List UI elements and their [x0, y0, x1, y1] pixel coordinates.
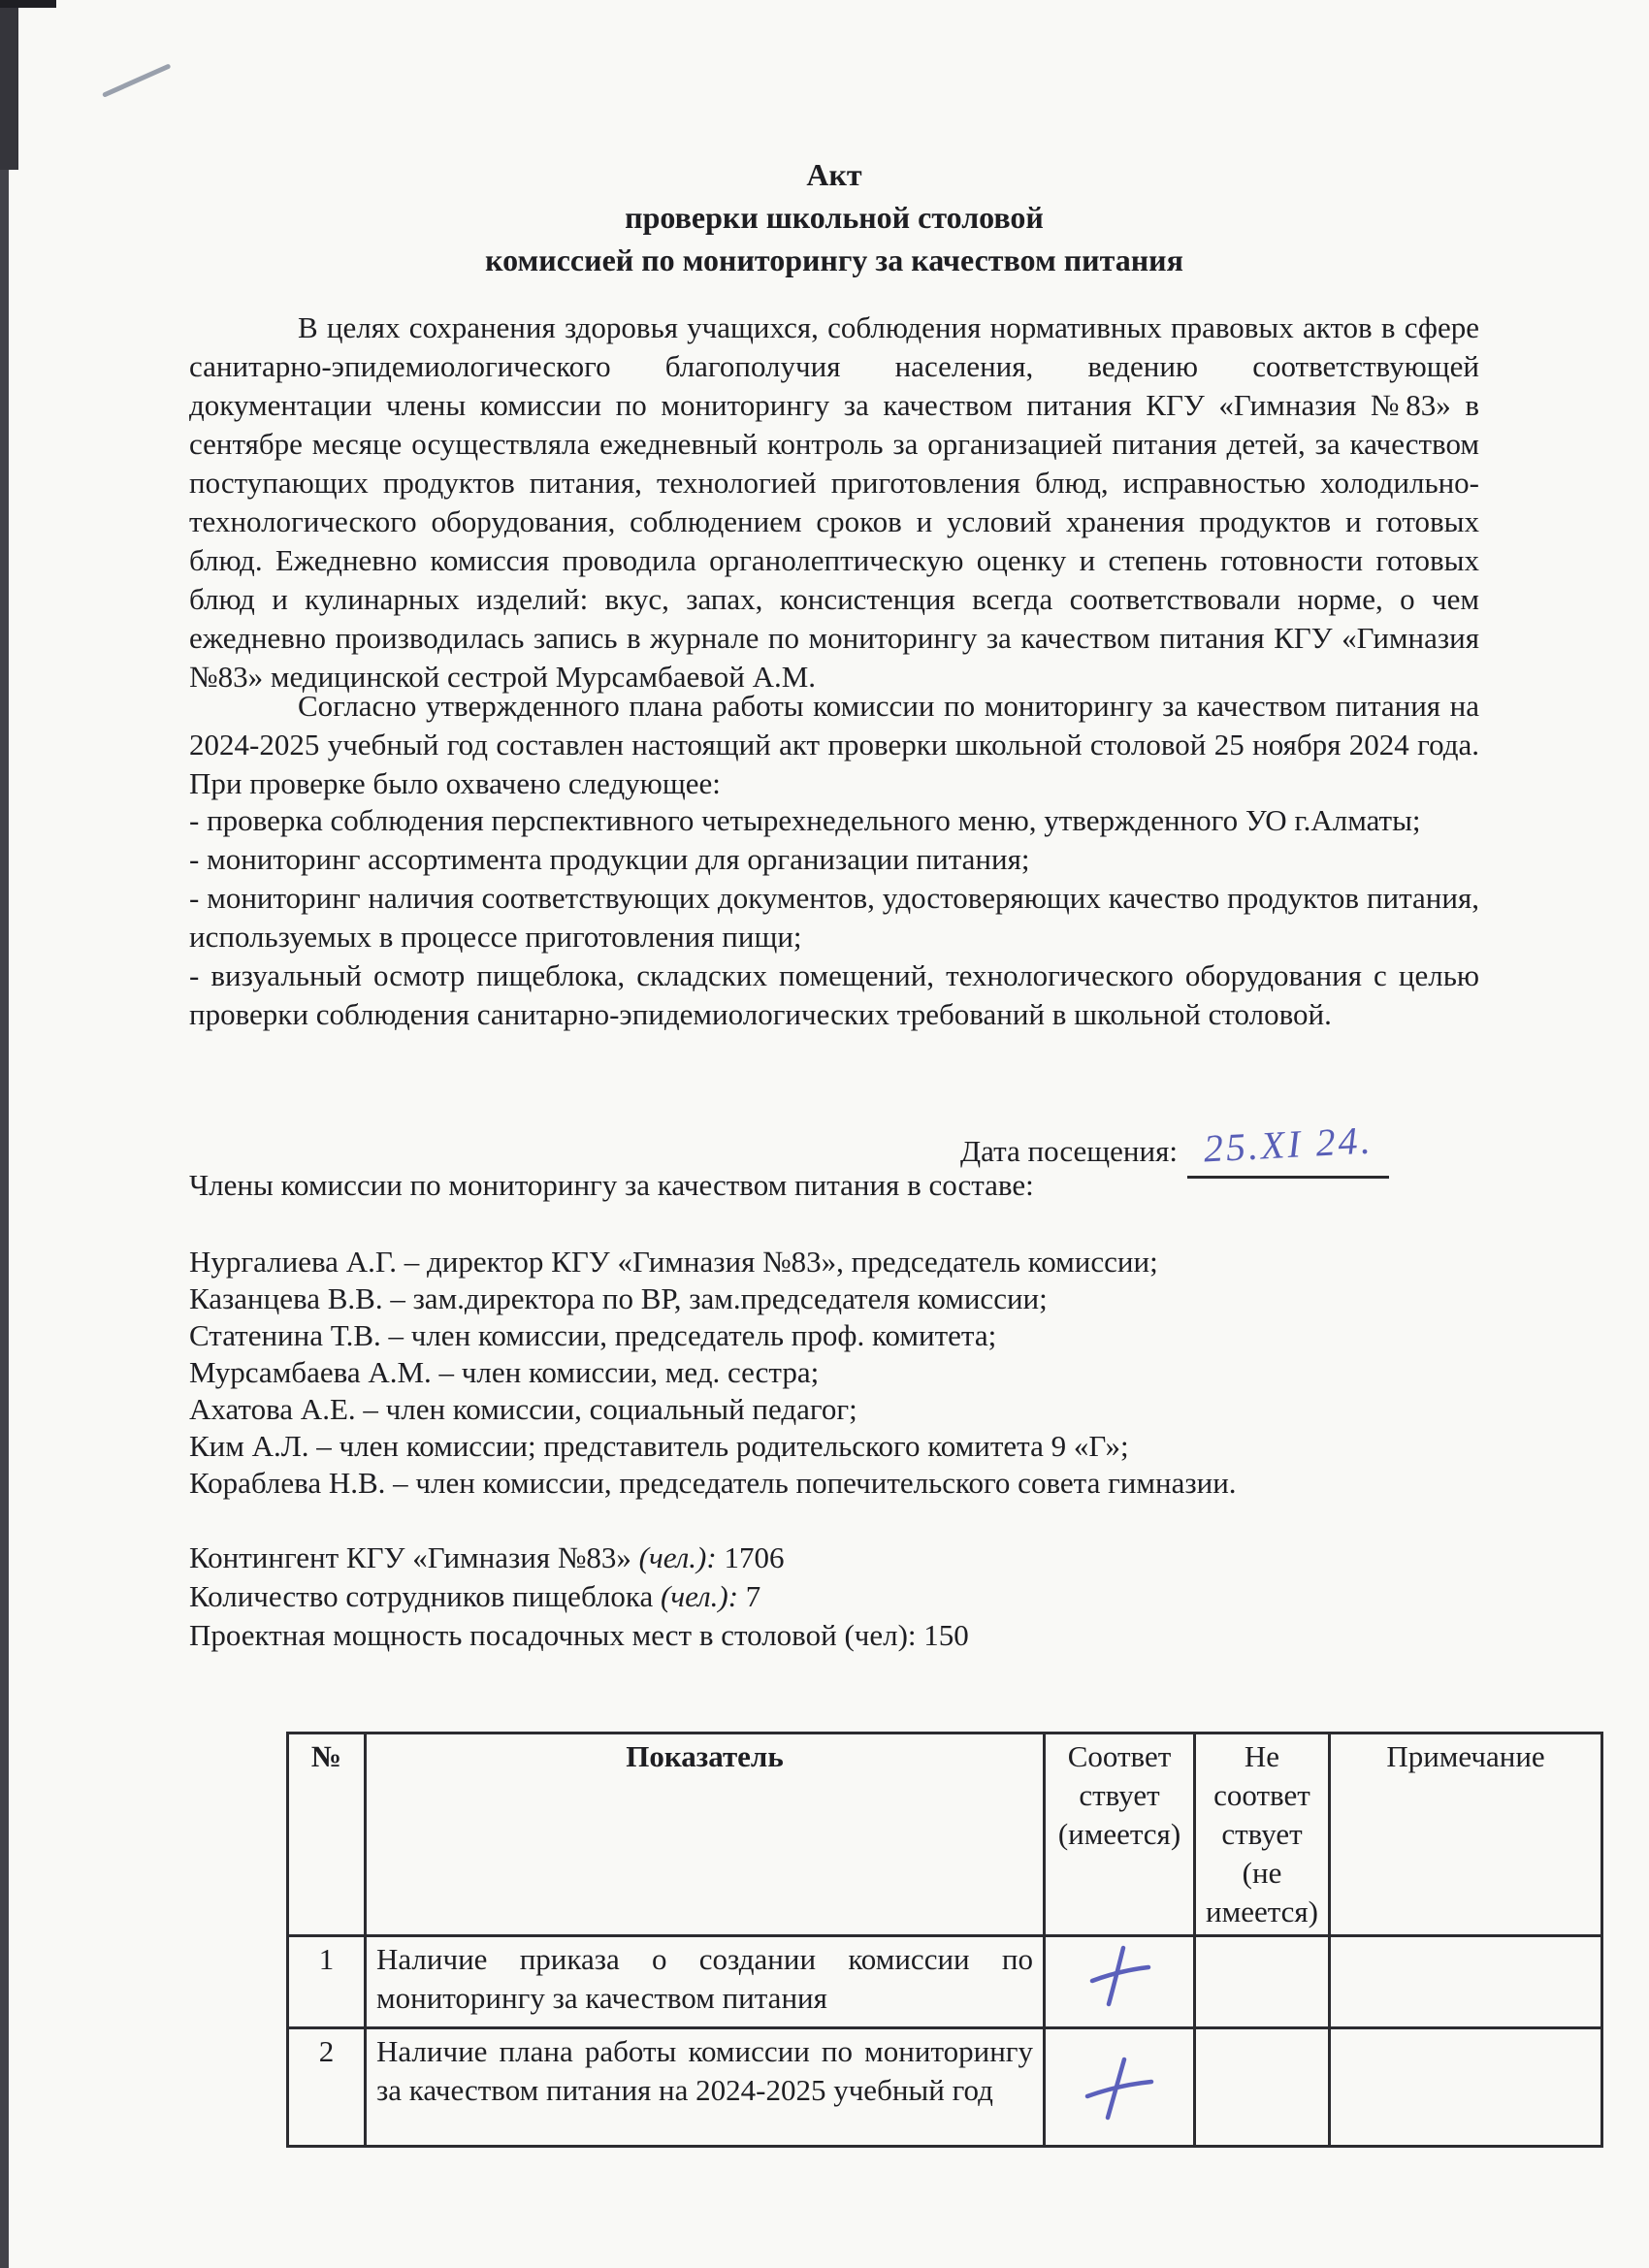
member-line: Статенина Т.В. – член комиссии, председа… — [189, 1317, 1479, 1354]
scope-item-assortment: - мониторинг ассортимента продукции для … — [189, 840, 1479, 879]
checklist-table: № Показатель Соответ ствует (имеется) Не… — [286, 1732, 1603, 2148]
stat-seats-value: 150 — [917, 1618, 969, 1652]
row-note-cell — [1330, 2028, 1602, 2147]
paragraph-inspection-basis: Согласно утвержденного плана работы коми… — [189, 687, 1479, 803]
row-number: 1 — [288, 1936, 366, 2028]
stat-staff-value: 7 — [738, 1579, 760, 1613]
header-number: № — [288, 1733, 366, 1936]
stat-staff-label: Количество сотрудников пищеблока — [189, 1579, 661, 1613]
table-row: 2 Наличие плана работы комиссии по монит… — [288, 2028, 1602, 2147]
handwritten-plus-mark — [1082, 2054, 1157, 2123]
stat-contingent-label: Контингент КГУ «Гимназия №83» — [189, 1540, 639, 1574]
header-not-conforms: Не соответ ствует (не имеется) — [1195, 1733, 1330, 1936]
stat-contingent-unit: (чел.): — [639, 1540, 717, 1574]
stat-staff-unit: (чел.): — [661, 1579, 738, 1613]
member-line: Нургалиева А.Г. – директор КГУ «Гимназия… — [189, 1244, 1479, 1280]
row-indicator: Наличие плана работы комиссии по монитор… — [366, 2028, 1045, 2147]
stat-seats-label: Проектная мощность посадочных мест в сто… — [189, 1618, 844, 1652]
scan-top-edge-artifact — [0, 0, 56, 8]
member-line: Ким А.Л. – член комиссии; представитель … — [189, 1428, 1479, 1465]
row-conforms-cell — [1045, 1936, 1195, 2028]
inspection-scope-list: - проверка соблюдения перспективного чет… — [189, 801, 1479, 1034]
members-intro-line: Члены комиссии по мониторингу за качеств… — [189, 1168, 1479, 1203]
row-not-conforms-cell — [1195, 2028, 1330, 2147]
header-conforms: Соответ ствует (имеется) — [1045, 1733, 1195, 1936]
scope-item-visual-inspection: - визуальный осмотр пищеблока, складских… — [189, 956, 1479, 1034]
scope-item-menu: - проверка соблюдения перспективного чет… — [189, 801, 1479, 840]
member-line: Казанцева В.В. – зам.директора по ВР, за… — [189, 1280, 1479, 1317]
row-note-cell — [1330, 1936, 1602, 2028]
commission-members-list: Нургалиева А.Г. – директор КГУ «Гимназия… — [189, 1244, 1479, 1502]
scan-left-edge-artifact — [0, 0, 9, 2268]
title-line-1: Акт — [189, 153, 1479, 196]
stat-seats-unit: (чел): — [844, 1618, 916, 1652]
row-not-conforms-cell — [1195, 1936, 1330, 2028]
header-indicator: Показатель — [366, 1733, 1045, 1936]
document-title: Акт проверки школьной столовой комиссией… — [189, 153, 1479, 281]
member-line: Ахатова А.Е. – член комиссии, социальный… — [189, 1391, 1479, 1428]
scan-left-edge-top-artifact — [0, 0, 18, 170]
pen-stroke-artifact — [102, 63, 171, 97]
school-stats-block: Контингент КГУ «Гимназия №83» (чел.): 17… — [189, 1539, 1479, 1655]
row-indicator: Наличие приказа о создании комиссии по м… — [366, 1936, 1045, 2028]
stat-seats: Проектная мощность посадочных мест в сто… — [189, 1616, 1479, 1655]
row-number: 2 — [288, 2028, 366, 2147]
member-line: Кораблева Н.В. – член комиссии, председа… — [189, 1465, 1479, 1502]
visit-date-label: Дата посещения: — [960, 1134, 1178, 1169]
table-header-row: № Показатель Соответ ствует (имеется) Не… — [288, 1733, 1602, 1936]
stat-staff: Количество сотрудников пищеблока (чел.):… — [189, 1577, 1479, 1616]
paragraph-introduction: В целях сохранения здоровья учащихся, со… — [189, 308, 1479, 697]
table-row: 1 Наличие приказа о создании комиссии по… — [288, 1936, 1602, 2028]
member-line: Мурсамбаева А.М. – член комиссии, мед. с… — [189, 1354, 1479, 1391]
stat-contingent: Контингент КГУ «Гимназия №83» (чел.): 17… — [189, 1539, 1479, 1577]
header-note: Примечание — [1330, 1733, 1602, 1936]
visit-date-handwritten-value: 25.XI 24. — [1202, 1117, 1374, 1171]
scanned-document-page: Акт проверки школьной столовой комиссией… — [0, 0, 1649, 2268]
handwritten-plus-mark — [1084, 1940, 1154, 2010]
row-conforms-cell — [1045, 2028, 1195, 2147]
title-line-2: проверки школьной столовой — [189, 196, 1479, 239]
scope-item-documents: - мониторинг наличия соответствующих док… — [189, 879, 1479, 956]
stat-contingent-value: 1706 — [717, 1540, 785, 1574]
title-line-3: комиссией по мониторингу за качеством пи… — [189, 239, 1479, 281]
